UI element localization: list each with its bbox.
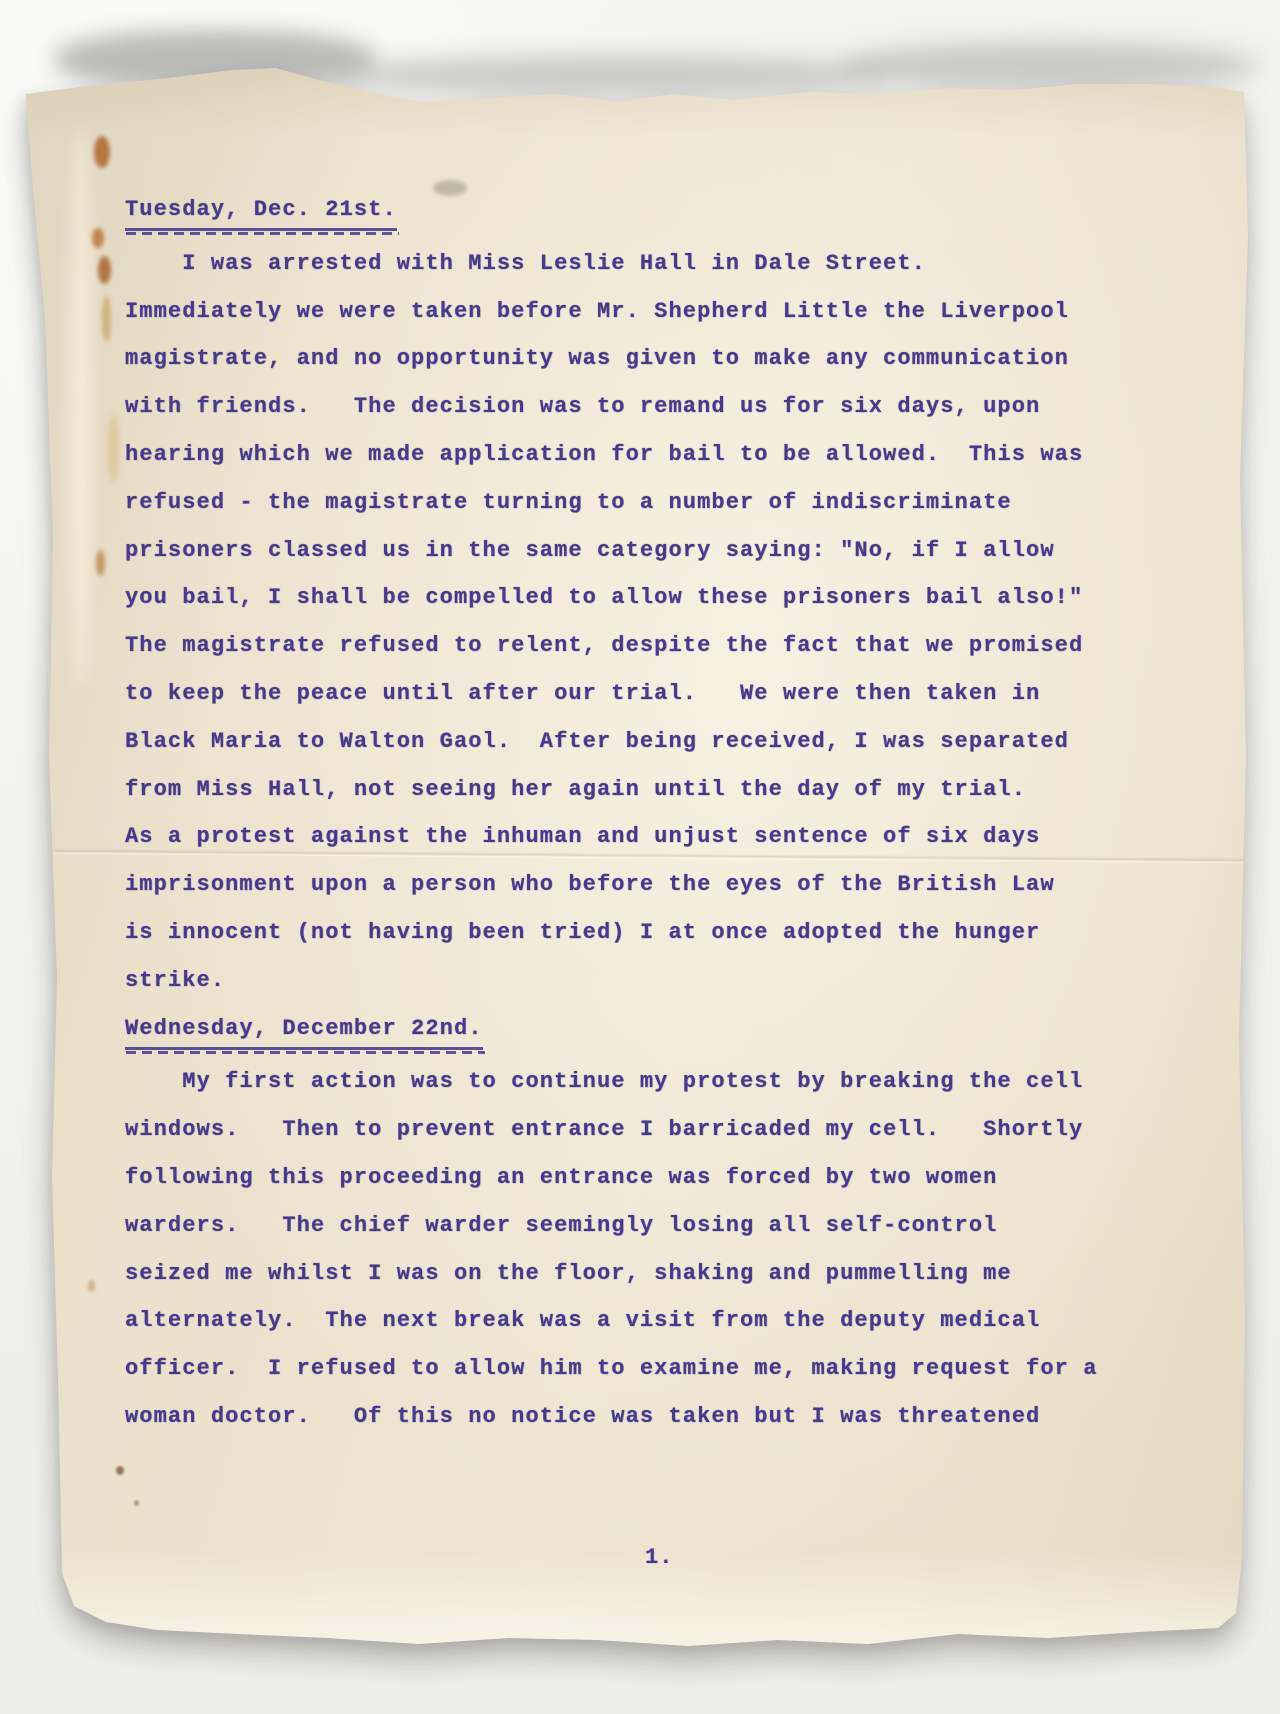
rust-stain [92, 228, 104, 248]
document-line: My first action was to continue my prote… [125, 1058, 1098, 1106]
document-line: with friends. The decision was to remand… [125, 383, 1098, 431]
document-line: following this proceeding an entrance wa… [125, 1154, 1098, 1202]
photo-background: Tuesday, Dec. 21st. I was arrested with … [0, 0, 1280, 1714]
document-line: strike. [125, 957, 1098, 1005]
heading-text: Tuesday, Dec. 21st. [125, 193, 397, 231]
document-line: As a protest against the inhuman and unj… [125, 813, 1098, 861]
ink-speck [116, 1466, 124, 1475]
paper-sheet: Tuesday, Dec. 21st. I was arrested with … [18, 58, 1256, 1664]
rust-stain [96, 550, 105, 576]
entry-heading-dec-21: Tuesday, Dec. 21st. [125, 186, 1098, 234]
document-line: is innocent (not having been tried) I at… [125, 909, 1098, 957]
document-line: Black Maria to Walton Gaol. After being … [125, 718, 1098, 766]
document-line: The magistrate refused to relent, despit… [125, 622, 1098, 670]
rust-stain [108, 414, 118, 484]
left-edge-crease [70, 128, 92, 688]
document-line: seized me whilst I was on the floor, sha… [125, 1250, 1098, 1298]
document-line: I was arrested with Miss Leslie Hall in … [125, 240, 1098, 288]
document-line: to keep the peace until after our trial.… [125, 670, 1098, 718]
rust-stain [98, 256, 111, 284]
document-line: you bail, I shall be compelled to allow … [125, 574, 1098, 622]
document-line: imprisonment upon a person who before th… [125, 861, 1098, 909]
document-line: Immediately we were taken before Mr. She… [125, 288, 1098, 336]
document-line: windows. Then to prevent entrance I barr… [125, 1106, 1098, 1154]
document-line: woman doctor. Of this no notice was take… [125, 1393, 1098, 1441]
entry-heading-dec-22: Wednesday, December 22nd. [125, 1005, 1098, 1053]
document-line: refused - the magistrate turning to a nu… [125, 479, 1098, 527]
document-line: prisoners classed us in the same categor… [125, 527, 1098, 575]
page-number: 1. [645, 1534, 673, 1582]
document-line: officer. I refused to allow him to exami… [125, 1345, 1098, 1393]
ink-speck [134, 1500, 139, 1506]
document-page: Tuesday, Dec. 21st. I was arrested with … [18, 58, 1256, 1664]
document-line: warders. The chief warder seemingly losi… [125, 1202, 1098, 1250]
document-line: from Miss Hall, not seeing her again unt… [125, 766, 1098, 814]
document-line: alternately. The next break was a visit … [125, 1297, 1098, 1345]
rust-stain [88, 1280, 95, 1292]
rust-stain [102, 296, 111, 342]
heading-text: Wednesday, December 22nd. [125, 1012, 483, 1050]
typewritten-text: Tuesday, Dec. 21st. I was arrested with … [125, 186, 1098, 1441]
rust-stain [94, 136, 110, 168]
document-line: magistrate, and no opportunity was given… [125, 335, 1098, 383]
document-line: hearing which we made application for ba… [125, 431, 1098, 479]
